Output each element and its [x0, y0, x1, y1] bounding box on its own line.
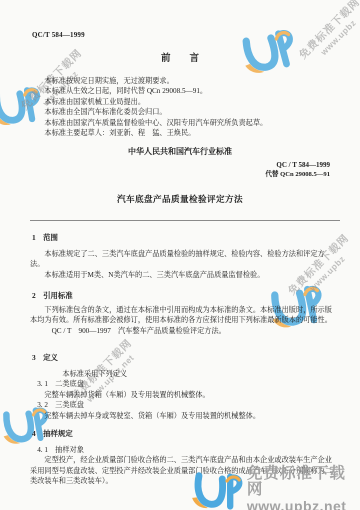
foreword-line: 本标准由全国汽车标准化委员会归口。 — [30, 107, 332, 117]
standard-code-block: QC / T 584—1999 代替 QCn 29008.5—91 — [265, 160, 330, 180]
paragraph: 本标准适用于M类、N类汽车的二、三类汽车底盘产品质量监督检验。 — [30, 270, 333, 280]
section-3-heading: 3 定义 — [32, 352, 58, 363]
standard-code-header: QC/T 584—1999 — [32, 31, 85, 39]
foreword-title: 前 言 — [0, 50, 360, 64]
foreword-line: 本标准从生效之日起，同时代替 QCn 29008.5—91。 — [30, 86, 332, 96]
referenced-standard: QC / T 900—1997 汽车整车产品质量检验评定方法。 — [30, 326, 333, 336]
clause-term: 3. 1 二类底盘 — [30, 379, 333, 389]
paragraph: 定型投产，经企业质量部门验收合格的二、三类汽车底盘产品和由本企业或改装车生产企业… — [30, 455, 333, 486]
standard-code: QC / T 584—1999 — [265, 160, 330, 170]
horizontal-rule — [30, 220, 340, 221]
section-4-body: 4. 1 抽样对象 定型投产，经企业质量部门验收合格的二、三类汽车底盘产品和由本… — [30, 445, 333, 487]
clause-definition: 完整车辆去掉货箱（车厢）及专用装置的机械整体。 — [30, 390, 333, 400]
section-2-heading: 2 引用标准 — [32, 290, 73, 301]
watermark-site-url: www.upbz.net — [247, 499, 360, 510]
paragraph: 下列标准包含的条文，通过在本标准中引用而构成为本标准的条文。本标准出版时，所示版… — [30, 305, 333, 326]
section-2-body: 下列标准包含的条文，通过在本标准中引用而构成为本标准的条文。本标准出版时，所示版… — [30, 305, 333, 336]
section-3-body: 本标准采用下列定义 3. 1 二类底盘 完整车辆去掉货箱（车厢）及专用装置的机械… — [30, 369, 333, 421]
clause-definition: 完整车辆去掉车身或驾驶室、货箱（车厢）及专用装置的机械整体。 — [30, 411, 333, 421]
document-title: 汽车底盘产品质量检验评定方法 — [0, 193, 360, 205]
replaces-note: 代替 QCn 29008.5—91 — [265, 170, 330, 180]
paragraph: 本标准采用下列定义 — [30, 369, 333, 379]
document-page: 免费标准下载网 www.upbz 免费标准下载网 www.upbz 免费标准下载… — [0, 0, 360, 510]
section-1-heading: 1 范围 — [32, 232, 58, 243]
clause-term: 4. 1 抽样对象 — [30, 445, 333, 455]
foreword-line: 本标准按规定日期实施，无过渡期要求。 — [30, 76, 332, 86]
section-1-body: 本标准规定了二、三类汽车底盘产品质量检验的抽样规定、检验内容、检验方法和评定方法… — [30, 249, 333, 280]
foreword-section: 本标准按规定日期实施，无过渡期要求。 本标准从生效之日起，同时代替 QCn 29… — [30, 76, 332, 138]
foreword-line: 本标准主要起草人：刘亚新、程 猛、王焕民。 — [30, 128, 332, 138]
foreword-line: 本标准由国家机械工业局提出。 — [30, 97, 332, 107]
paragraph: 本标准规定了二、三类汽车底盘产品质量检验的抽样规定、检验内容、检验方法和评定方法… — [30, 249, 333, 270]
foreword-line: 本标准由国家汽车质量监督检验中心、汉阳专用汽车研究所负责起草。 — [30, 118, 332, 128]
section-4-heading: 4 抽样规定 — [32, 428, 73, 439]
clause-term: 3. 2 三类底盘 — [30, 400, 333, 410]
industry-standard-heading: 中华人民共和国汽车行业标准 — [0, 146, 360, 157]
